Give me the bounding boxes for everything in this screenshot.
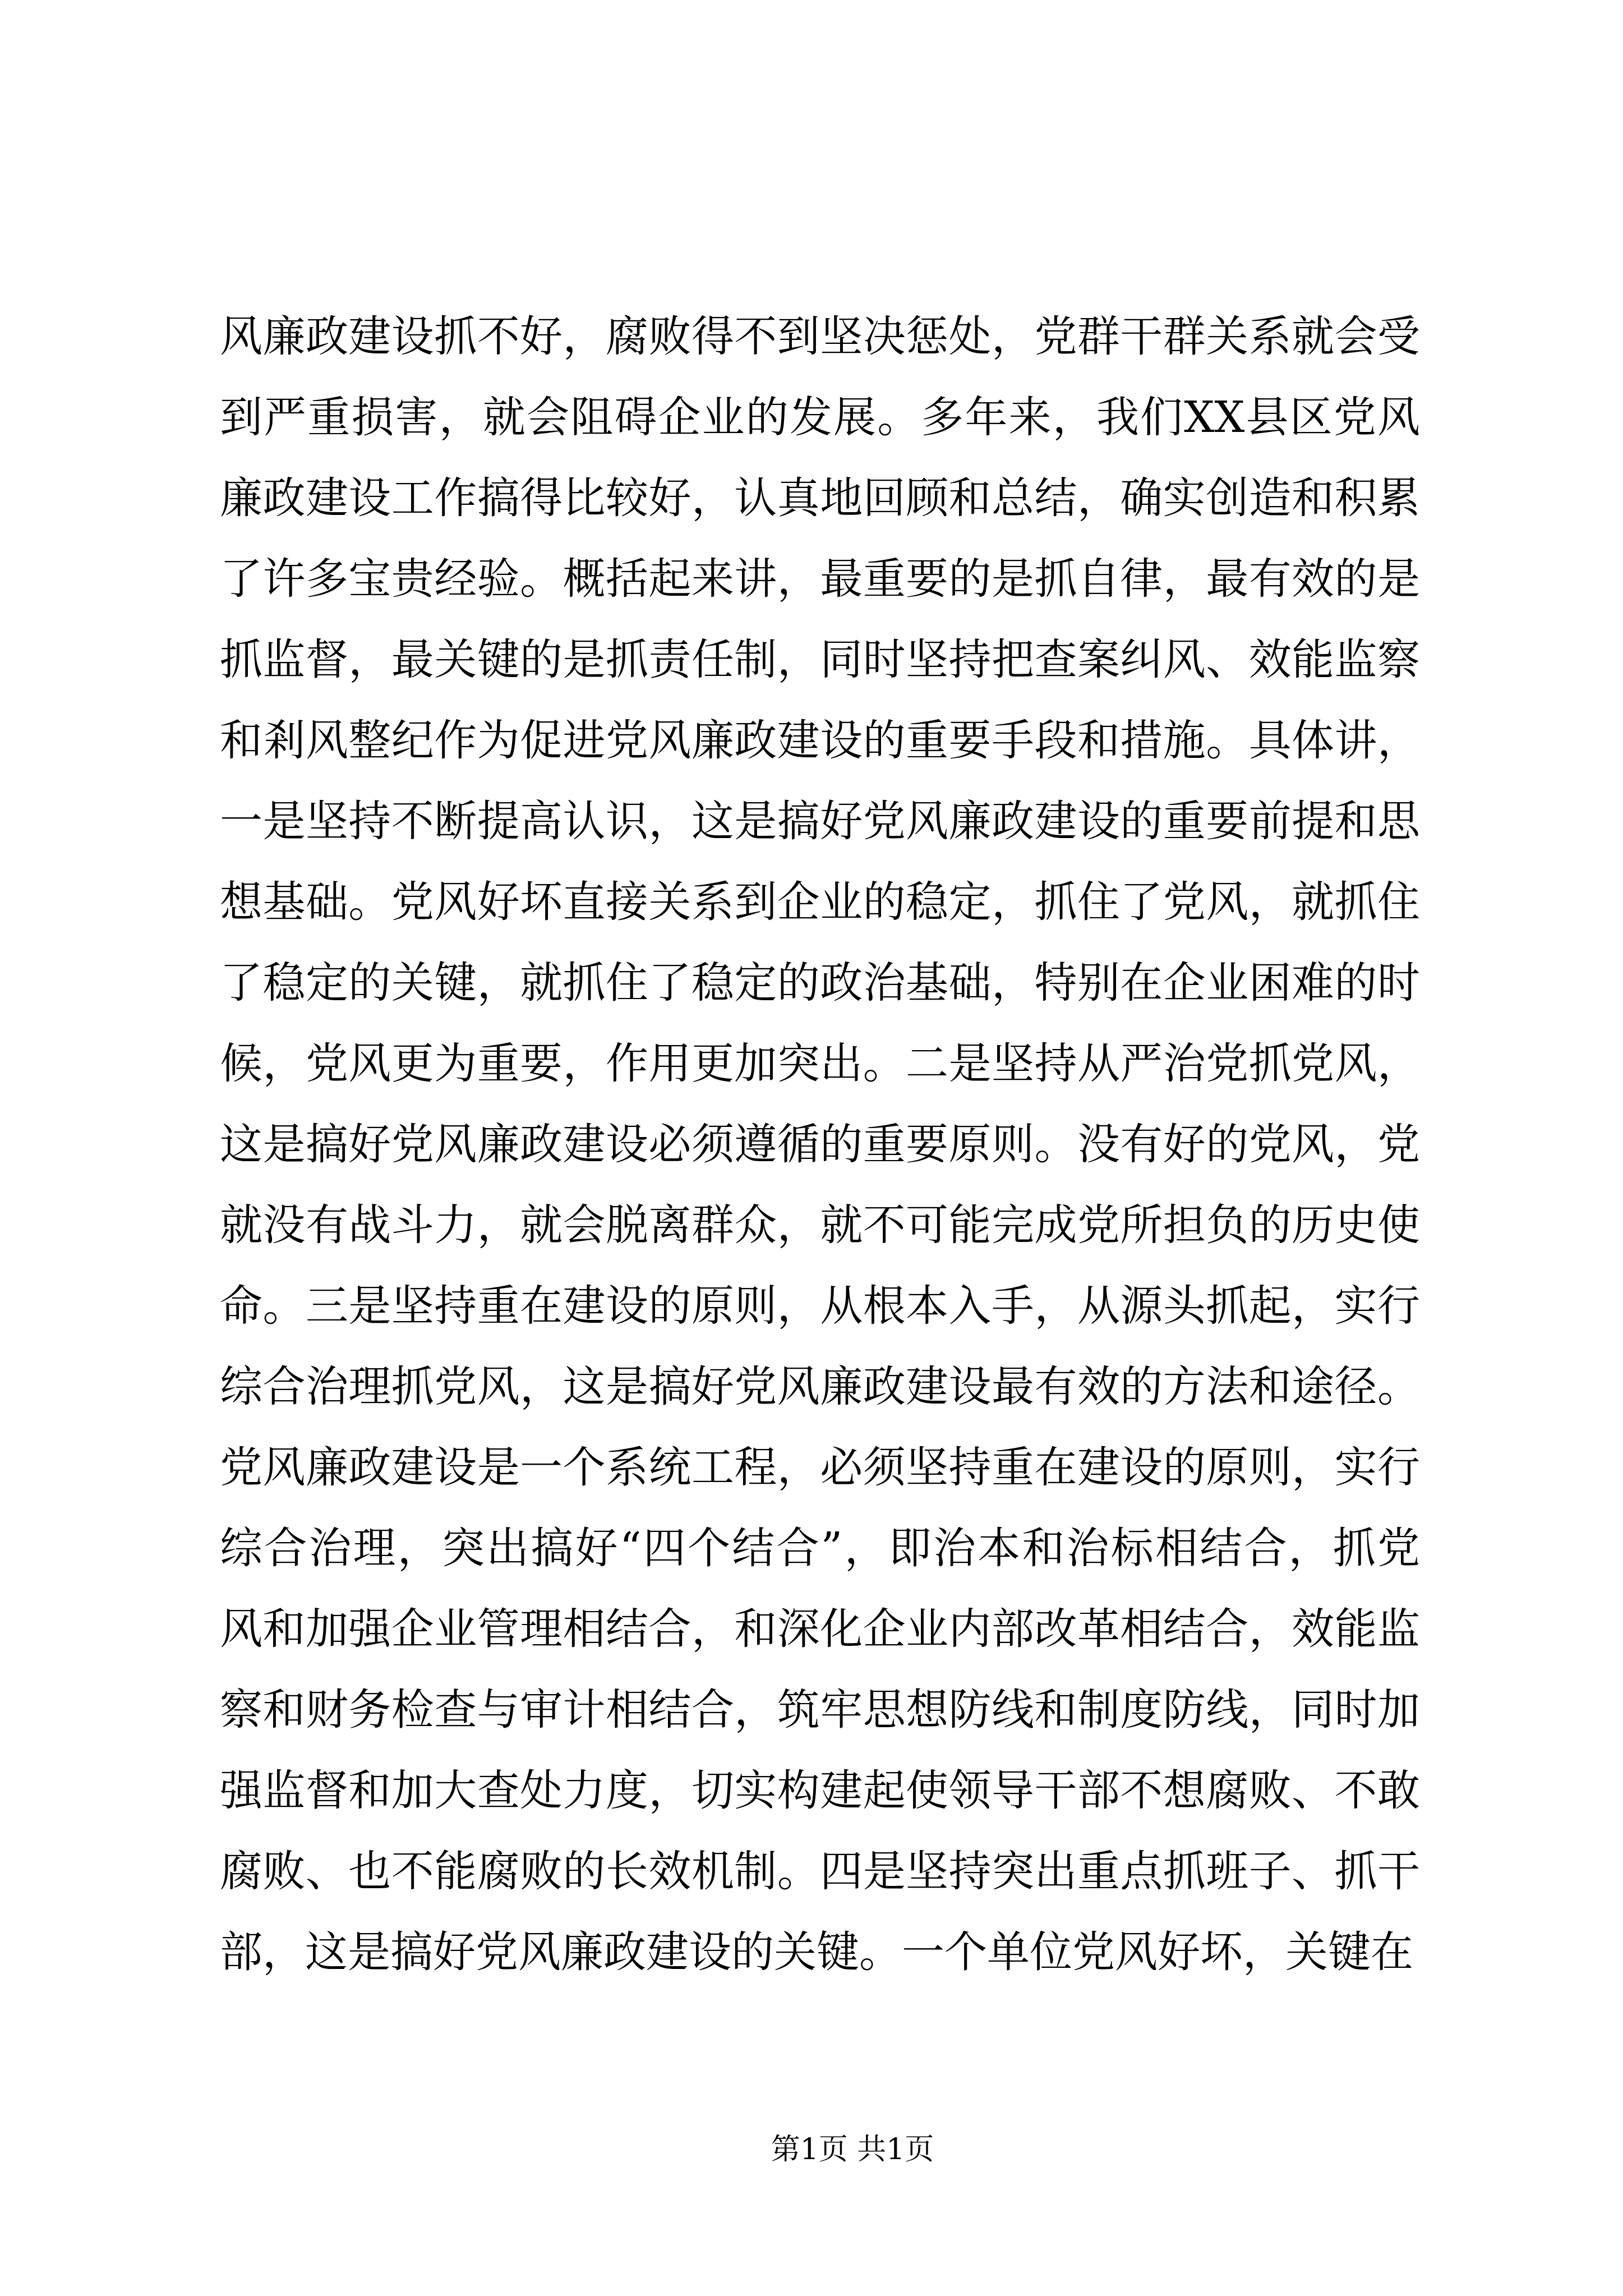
text-line: 命。三是坚持重在建设的原则，从根本入手，从源头抓起，实行	[220, 1277, 1420, 1358]
text-line: 了许多宝贵经验。概括起来讲，最重要的是抓自律，最有效的是	[220, 550, 1420, 631]
text-line: 部，这是搞好党风廉政建设的关键。一个单位党风好坏，关键在	[220, 1923, 1420, 2004]
text-line: 风和加强企业管理相结合，和深化企业内部改革相结合，效能监	[220, 1600, 1420, 1681]
page-footer: 第1页 共1页	[0, 2127, 1623, 2172]
text-line: 候，党风更为重要，作用更加突出。二是坚持从严治党抓党风，	[220, 1034, 1420, 1115]
text-line: 腐败、也不能腐败的长效机制。四是坚持突出重点抓班子、抓干	[220, 1842, 1420, 1923]
text-line: 察和财务检查与审计相结合，筑牢思想防线和制度防线，同时加	[220, 1681, 1420, 1761]
text-line: 了稳定的关键，就抓住了稳定的政治基础，特别在企业困难的时	[220, 954, 1420, 1034]
text-line: 就没有战斗力，就会脱离群众，就不可能完成党所担负的历史使	[220, 1196, 1420, 1277]
text-line: 风廉政建设抓不好，腐败得不到坚决惩处，党群干群关系就会受	[220, 307, 1420, 388]
text-line: 强监督和加大查处力度，切实构建起使领导干部不想腐败、不敢	[220, 1761, 1420, 1842]
body-paragraph: 风廉政建设抓不好，腐败得不到坚决惩处，党群干群关系就会受 到严重损害，就会阻碍企…	[220, 307, 1431, 2004]
text-line: 廉政建设工作搞得比较好，认真地回顾和总结，确实创造和积累	[220, 469, 1420, 550]
page-indicator: 第1页 共1页	[771, 2133, 934, 2166]
text-line: 抓监督，最关键的是抓责任制，同时坚持把查案纠风、效能监察	[220, 631, 1420, 711]
text-line: 综合治理抓党风，这是搞好党风廉政建设最有效的方法和途径。	[220, 1358, 1420, 1438]
text-line: 综合治理，突出搞好“四个结合”，即治本和治标相结合，抓党	[220, 1519, 1420, 1600]
text-line: 一是坚持不断提高认识，这是搞好党风廉政建设的重要前提和思	[220, 792, 1420, 873]
text-line: 和剎风整纪作为促进党风廉政建设的重要手段和措施。具体讲，	[220, 711, 1420, 792]
document-page: 风廉政建设抓不好，腐败得不到坚决惩处，党群干群关系就会受 到严重损害，就会阻碍企…	[0, 0, 1623, 2296]
text-line: 党风廉政建设是一个系统工程，必须坚持重在建设的原则，实行	[220, 1438, 1420, 1519]
text-line: 想基础。党风好坏直接关系到企业的稳定，抓住了党风，就抓住	[220, 873, 1420, 954]
text-line: 到严重损害，就会阻碍企业的发展。多年来，我们XX县区党风	[220, 388, 1420, 469]
text-line: 这是搞好党风廉政建设必须遵循的重要原则。没有好的党风，党	[220, 1115, 1420, 1196]
